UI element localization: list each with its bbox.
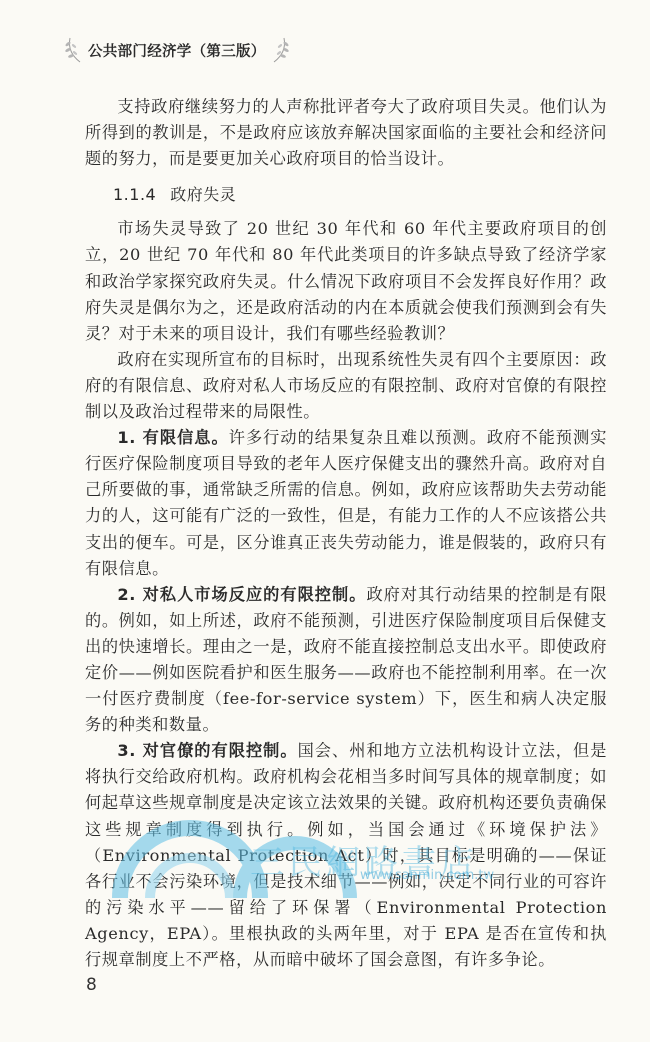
running-head-title: 公共部门经济学（第三版） xyxy=(88,40,266,61)
section-title: 政府失灵 xyxy=(170,185,236,204)
body-text: 支持政府继续努力的人声称批评者夸大了政府项目失灵。他们认为所得到的教训是，不是政… xyxy=(85,94,607,973)
list-item-limited-market-control: 2. 对私人市场反应的有限控制。政府对其行动结果的控制是有限的。例如，如上所述，… xyxy=(85,582,607,739)
item-text: 国会、州和地方立法机构设计立法，但是将执行交给政府机构。政府机构会花相当多时间写… xyxy=(85,741,607,969)
item-text: 政府对其行动结果的控制是有限的。例如，如上所述，政府不能预测，引进医疗保险制度项… xyxy=(85,585,607,734)
paragraph-four-reasons: 政府在实现所宣布的目标时，出现系统性失灵有四个主要原因：政府的有限信息、政府对私… xyxy=(85,347,607,425)
item-lead: 3. 对官僚的有限控制。 xyxy=(117,741,297,760)
list-item-limited-information: 1. 有限信息。许多行动的结果复杂且难以预测。政府不能预测实行医疗保险制度项目导… xyxy=(85,425,607,582)
laurel-left-icon xyxy=(62,36,84,64)
item-lead: 2. 对私人市场反应的有限控制。 xyxy=(117,585,366,604)
laurel-right-icon xyxy=(270,36,292,64)
running-head: 公共部门经济学（第三版） xyxy=(62,36,292,64)
section-heading: 1.1.4政府失灵 xyxy=(85,182,607,208)
item-text: 许多行动的结果复杂且难以预测。政府不能预测实行医疗保险制度项目导致的老年人医疗保… xyxy=(85,428,607,577)
section-number: 1.1.4 xyxy=(113,185,156,204)
paragraph-intro: 支持政府继续努力的人声称批评者夸大了政府项目失灵。他们认为所得到的教训是，不是政… xyxy=(85,94,607,172)
item-lead: 1. 有限信息。 xyxy=(117,428,228,447)
paragraph-market-failure: 市场失灵导致了 20 世纪 30 年代和 60 年代主要政府项目的创立，20 世… xyxy=(85,216,607,346)
list-item-limited-bureaucracy-control: 3. 对官僚的有限控制。国会、州和地方立法机构设计立法，但是将执行交给政府机构。… xyxy=(85,738,607,973)
book-page: 公共部门经济学（第三版） 支持政府继续努力的人声称批评者夸大了政府项目失灵。他们… xyxy=(0,0,650,1042)
page-number: 8 xyxy=(86,975,97,995)
